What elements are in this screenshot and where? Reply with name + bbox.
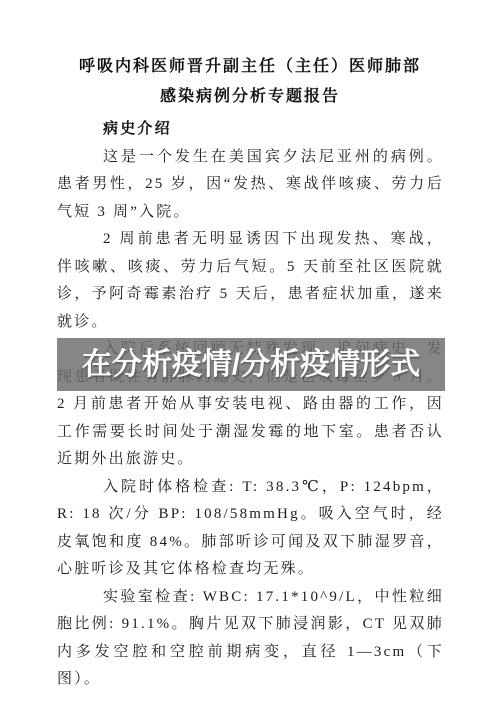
paragraph-history: 2 周前患者无明显诱因下出现发热、寒战，伴咳嗽、咳痰、劳力后气短。5 天前至社区… bbox=[57, 226, 444, 336]
document-title: 呼吸内科医师晋升副主任（主任）医师肺部 感染病例分析专题报告 bbox=[40, 52, 460, 112]
paragraph-review: 入院后系统回顾无特殊发现。追问病史，发现患者既往有静脉药瘾史，但是已戒毒至少 3… bbox=[57, 336, 444, 474]
title-line-2: 感染病例分析专题报告 bbox=[40, 82, 460, 112]
section-heading: 病史介绍 bbox=[57, 116, 444, 144]
document-body: 病史介绍 这是一个发生在美国宾夕法尼亚州的病例。患者男性，25 岁，因“发热、寒… bbox=[57, 116, 444, 694]
paragraph-lab-results: 实验室检查: WBC: 17.1*10^9/L，中性粒细胞比例: 91.1%。胸… bbox=[57, 584, 444, 694]
title-line-1: 呼吸内科医师晋升副主任（主任）医师肺部 bbox=[40, 52, 460, 82]
document-page: 呼吸内科医师晋升副主任（主任）医师肺部 感染病例分析专题报告 病史介绍 这是一个… bbox=[0, 0, 500, 706]
paragraph-physical-exam: 入院时体格检查: T: 38.3℃，P: 124bpm，R: 18 次/分 BP… bbox=[57, 474, 444, 584]
paragraph-case-intro: 这是一个发生在美国宾夕法尼亚州的病例。患者男性，25 岁，因“发热、寒战伴咳痰、… bbox=[57, 144, 444, 227]
